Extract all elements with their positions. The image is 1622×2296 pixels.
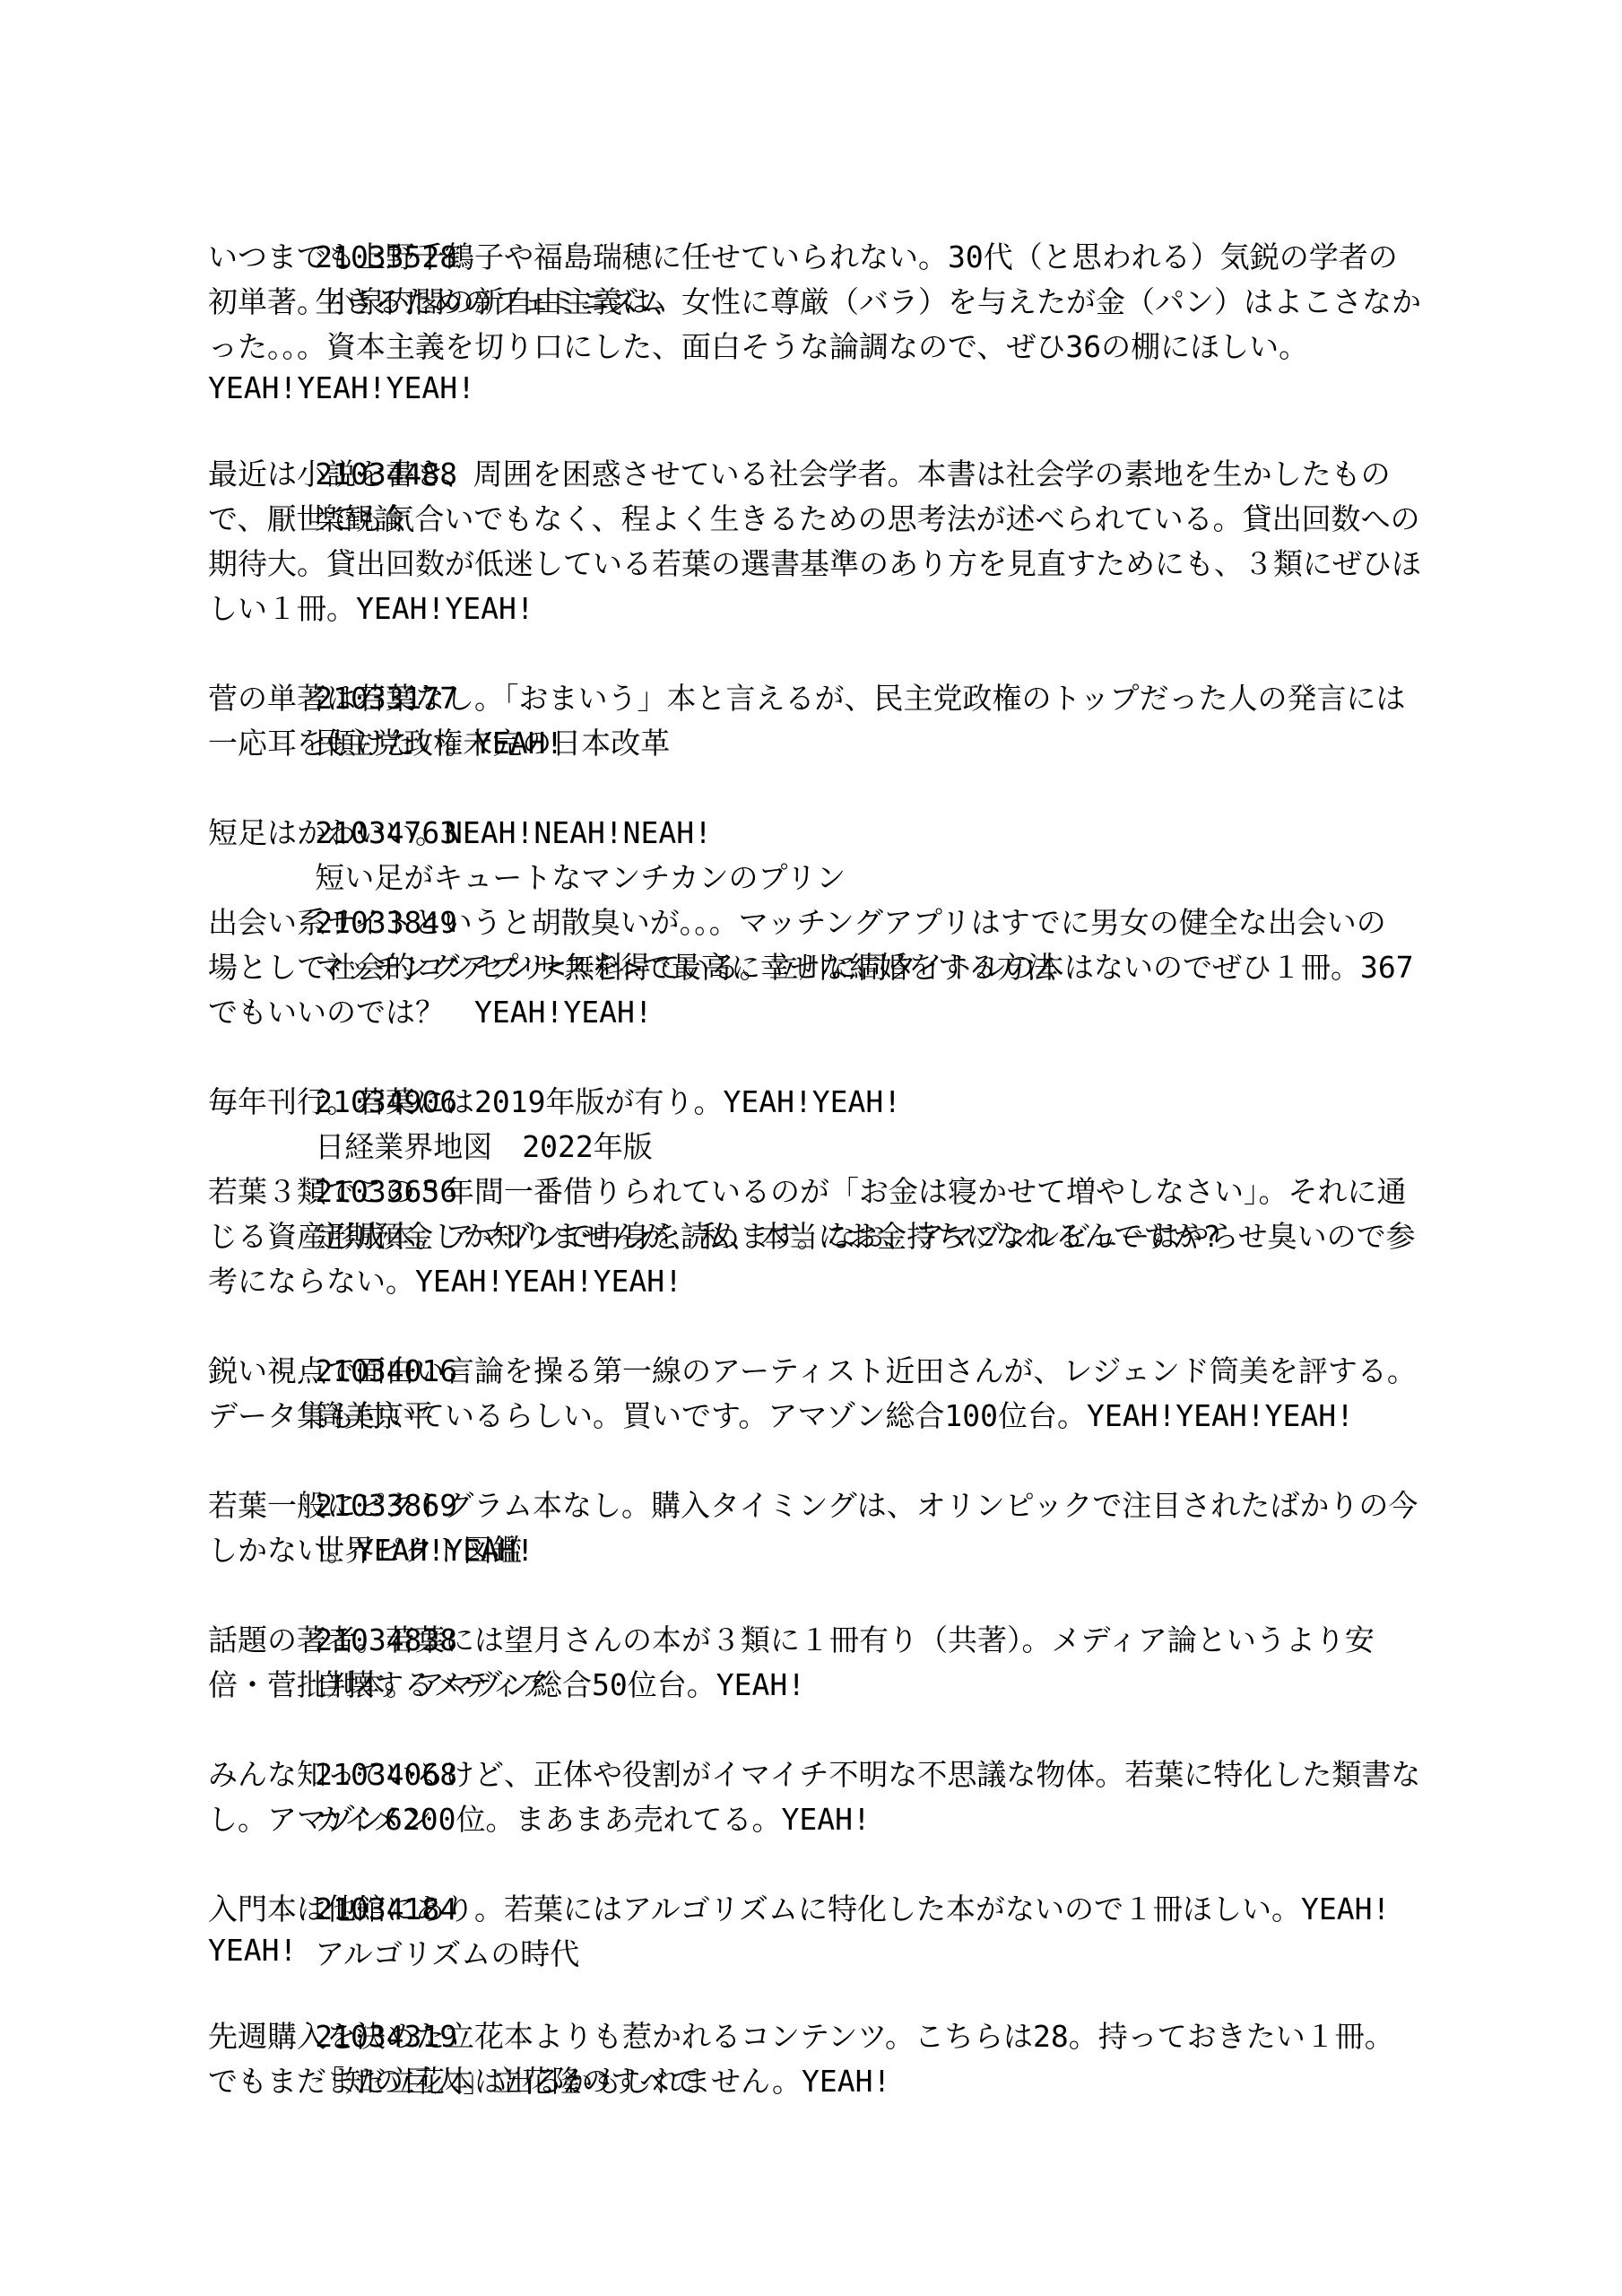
entry-body: 先週購入を決めた立花本よりも惹かれるコンテンツ。こちらは28。持っておきたい１冊… [208,2014,1429,2104]
entry-body-line: 一応耳を傾けたい。YEAH! [208,721,1429,766]
entry-body-line: 菅の単著は若葉なし。「おまいう」本と言えるが、民主党政権のトップだった人の発言に… [208,676,1429,721]
entry-body-line: 期待大。貸出回数が低迷している若葉の選書基準のあり方を見直すためにも、３類にぜひ… [208,542,1429,587]
entry-body-line: でもまだまだ立花本は出るかもしれません。YEAH! [208,2059,1429,2104]
entry-id-line: 21034068 カイメン [208,1708,1429,1752]
document-page: 21033528 生きるためのフェミニズム いつまでも上野千鶴子や福島瑞穂に任せ… [0,0,1622,2296]
entry: 21034488 楽観論 最近は小説を書き、周囲を困惑させている社会学者。本書は… [208,407,1429,631]
entry-body: いつまでも上野千鶴子や福島瑞穂に任せていられない。30代（と思われる）気鋭の学者… [208,235,1429,407]
entry-body-line: 若葉一般にピクトグラム本なし。購入タイミングは、オリンピックで注目されたばかりの… [208,1483,1429,1528]
entry-body-line: みんな知っているけど、正体や役割がイマイチ不明な不思議な物体。若葉に特化した類書… [208,1752,1429,1797]
entry: 21034838 自壊するメディア 話題の著者。若葉には望月さんの本が３類に１冊… [208,1573,1429,1708]
entry-body-line: 若葉３類でこの３年間一番借りられているのが「お金は寝かせて増やしなさい」。それに… [208,1170,1429,1214]
entry-body: みんな知っているけど、正体や役割がイマイチ不明な不思議な物体。若葉に特化した類書… [208,1752,1429,1842]
entry-id-line: 21033177 民主党政権未完の日本改革 [208,631,1429,676]
entry-body-line: じる資産形成本。アマゾンで中身を読めます。なお、アマゾンレビューはやらせ臭いので… [208,1214,1429,1259]
entry-body-line: 入門本は他館にあり。若葉にはアルゴリズムに特化した本がないので１冊ほしい。YEA… [208,1887,1429,1932]
entry-body-line: 先週購入を決めた立花本よりも惹かれるコンテンツ。こちらは28。持っておきたい１冊… [208,2014,1429,2059]
entry-body: 話題の著者。若葉には望月さんの本が３類に１冊有り（共著）。メディア論というより安… [208,1618,1429,1708]
entry-title: アルゴリズムの時代 [315,1936,579,1971]
entry-body: 鋭い視点で面白い言論を操る第一線のアーティスト近田さんが、レジェンド筒美を評する… [208,1349,1429,1439]
entry-body: 毎年刊行。若葉には2019年版が有り。YEAH!YEAH! [208,1080,1429,1125]
entry-body-line: 出会い系サイトというと胡散臭いが。。。マッチングアプリはすでに男女の健全な出会い… [208,900,1429,945]
entry-id-line: 21034763 短い足がキュートなマンチカンのプリン [208,766,1429,811]
entry: 21034763 短い足がキュートなマンチカンのプリン 短足はかわいい。NEAH… [208,766,1429,856]
entry-body-line: データ集も付いているらしい。買いです。アマゾン総合100位台。YEAH!YEAH… [208,1394,1429,1439]
entry: 21034068 カイメン みんな知っているけど、正体や役割がイマイチ不明な不思… [208,1708,1429,1842]
entry-id-line: 21034838 自壊するメディア [208,1573,1429,1618]
entries: 21033528 生きるためのフェミニズム いつまでも上野千鶴子や福島瑞穂に任せ… [208,190,1429,2104]
entry: 21033177 民主党政権未完の日本改革 菅の単著は若葉なし。「おまいう」本と… [208,631,1429,766]
entry-body: 出会い系サイトというと胡散臭いが。。。マッチングアプリはすでに男女の健全な出会い… [208,900,1429,1035]
entry-body: 若葉３類でこの３年間一番借りられているのが「お金は寝かせて増やしなさい」。それに… [208,1170,1429,1304]
entry-body-line: し。アマゾン6200位。まあまあ売れてる。YEAH! [208,1797,1429,1842]
entry-body-line: しい１冊。YEAH!YEAH! [208,587,1429,631]
entry: 21033869 世界ピクト図鑑 若葉一般にピクトグラム本なし。購入タイミングは… [208,1439,1429,1573]
entry-title: 短い足がキュートなマンチカンのプリン [315,860,846,895]
entry-body-line: 短足はかわいい。NEAH!NEAH!NEAH! [208,811,1429,856]
entry-body-line: 話題の著者。若葉には望月さんの本が３類に１冊有り（共著）。メディア論というより安 [208,1618,1429,1663]
entry-body-line: でもいいのでは？ YEAH!YEAH! [208,990,1429,1035]
entry-body: 菅の単著は若葉なし。「おまいう」本と言えるが、民主党政権のトップだった人の発言に… [208,676,1429,766]
entry-id-line: 21033528 生きるためのフェミニズム [208,190,1429,235]
entry-body-line: 初単著。小泉内閣の新自由主義は、女性に尊厳（バラ）を与えたが金（パン）はよこさな… [208,280,1429,325]
entry-body-line: いつまでも上野千鶴子や福島瑞穂に任せていられない。30代（と思われる）気鋭の学者… [208,235,1429,280]
entry-body-line: しかない。YEAH!YEAH! [208,1528,1429,1573]
entry: 21034319 「知の巨人」立花隆のすべて 先週購入を決めた立花本よりも惹かれ… [208,1970,1429,2104]
entry: 21034906 日経業界地図 2022年版 毎年刊行。若葉には2019年版が有… [208,1035,1429,1125]
entry-body-line: 毎年刊行。若葉には2019年版が有り。YEAH!YEAH! [208,1080,1429,1125]
entry-body-line: 場として社会的コンセンサスを得ている。立川に同タイトルの本はないのでぜひ１冊。3… [208,945,1429,990]
entry-title: 日経業界地図 2022年版 [315,1129,652,1164]
entry-body: 最近は小説を書き、周囲を困惑させている社会学者。本書は社会学の素地を生かしたもの… [208,452,1429,631]
entry-id-line: 21034906 日経業界地図 2022年版 [208,1035,1429,1080]
entry-id-line: 21033869 世界ピクト図鑑 [208,1439,1429,1483]
entry-id-line: 21034016 筒美京平 [208,1304,1429,1349]
entry-body: 短足はかわいい。NEAH!NEAH!NEAH! [208,811,1429,856]
entry-body-line: 倍・菅批判本。アマゾン総合50位台。YEAH! [208,1663,1429,1708]
entry-body-line: 考にならない。YEAH!YEAH!YEAH! [208,1259,1429,1304]
entry-body-line: 最近は小説を書き、周囲を困惑させている社会学者。本書は社会学の素地を生かしたもの [208,452,1429,497]
entry-id-line: 21034488 楽観論 [208,407,1429,452]
entry-body-line: で、厭世でも気合いでもなく、程よく生きるための思考法が述べられている。貸出回数へ… [208,497,1429,542]
entry-body-line: った。。。資本主義を切り口にした、面白そうな論調なので、ぜひ36の棚にほしい。 [208,325,1429,370]
entry-body-line: YEAH!YEAH!YEAH! [208,370,1429,407]
entry: 21033528 生きるためのフェミニズム いつまでも上野千鶴子や福島瑞穂に任せ… [208,190,1429,407]
entry-body: 若葉一般にピクトグラム本なし。購入タイミングは、オリンピックで注目されたばかりの… [208,1483,1429,1573]
entry-body-line: 鋭い視点で面白い言論を操る第一線のアーティスト近田さんが、レジェンド筒美を評する… [208,1349,1429,1394]
entry: 21034016 筒美京平 鋭い視点で面白い言論を操る第一線のアーティスト近田さ… [208,1304,1429,1439]
entry-id-line: 21034184 アルゴリズムの時代 [208,1842,1429,1887]
entry: 21034184 アルゴリズムの時代 入門本は他館にあり。若葉にはアルゴリズムに… [208,1842,1429,1970]
